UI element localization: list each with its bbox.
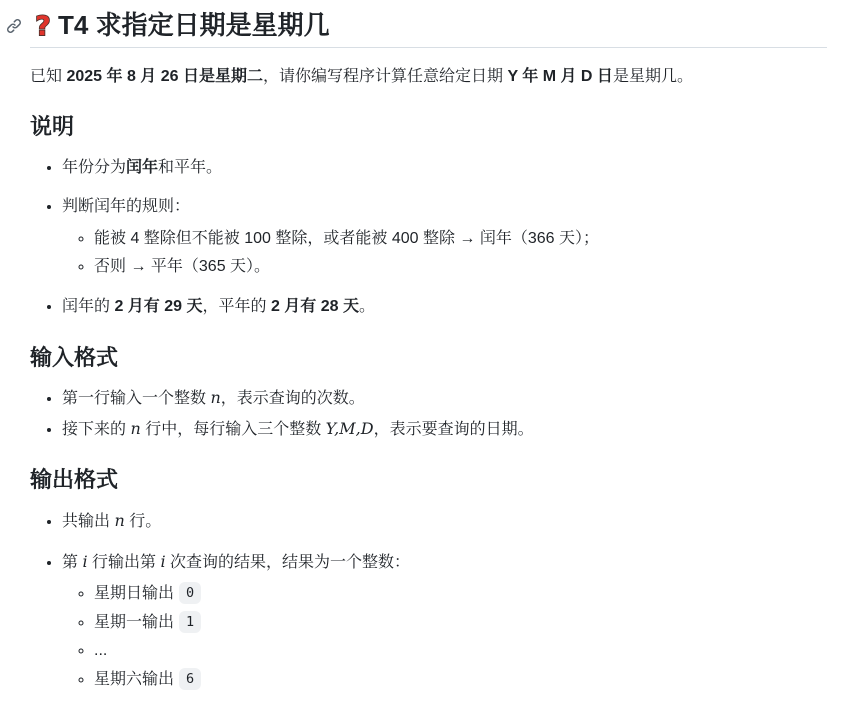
intro-run: 是星期几。 — [613, 68, 693, 85]
math-var-ymd: Y,M,D — [326, 419, 374, 438]
section-heading-input-format: 输入格式 — [30, 344, 827, 373]
intro-run: ，请你编写程序计算任意给定日期 — [263, 68, 507, 85]
question-mark-glyph: ? — [35, 11, 51, 41]
list-item: 否则 → 平年（365 天）。 — [94, 254, 827, 280]
leap-year-bold: 闰年 — [126, 159, 158, 176]
code-value-0: 0 — [179, 582, 201, 604]
code-value-6: 6 — [179, 668, 201, 690]
intro-date-bold: 2025 年 8 月 26 日是星期二 — [66, 68, 263, 85]
list-item: 判断闰年的规则： 能被 4 整除但不能被 100 整除，或者能被 400 整除 … — [62, 194, 827, 280]
list-item: 共输出 n 行。 — [62, 508, 827, 535]
list-item: 星期日输出0 — [94, 581, 827, 607]
text-run: 第一行输入一个整数 — [62, 390, 210, 407]
weekday-output-sublist: 星期日输出0 星期一输出1 ... 星期六输出6 — [62, 581, 827, 692]
feb-28-bold: 2 月有 28 天 — [271, 298, 359, 315]
text-run: ，平年的 — [203, 298, 271, 315]
leap-rules-sublist: 能被 4 整除但不能被 100 整除，或者能被 400 整除 → 闰年（366 … — [62, 226, 827, 280]
list-item: ... — [94, 638, 827, 664]
text-run: 星期六输出 — [94, 671, 174, 688]
list-item: 星期一输出1 — [94, 610, 827, 636]
output-format-list: 共输出 n 行。 第 i 行输出第 i 次查询的结果，结果为一个整数： 星期日输… — [30, 508, 827, 693]
list-item: 第 i 行输出第 i 次查询的结果，结果为一个整数： 星期日输出0 星期一输出1… — [62, 549, 827, 693]
notes-list: 年份分为闰年和平年。 判断闰年的规则： 能被 4 整除但不能被 100 整除，或… — [30, 155, 827, 320]
text-run: 年份分为 — [62, 159, 126, 176]
intro-ymd-bold: Y 年 M 月 D 日 — [507, 68, 613, 85]
section-heading-notes: 说明 — [30, 113, 827, 142]
text-run: 和平年。 — [158, 159, 222, 176]
text-run: 共输出 — [62, 513, 114, 530]
text-run: 星期日输出 — [94, 585, 174, 602]
feb-29-bold: 2 月有 29 天 — [114, 298, 202, 315]
page-title-text: T4 求指定日期是星期几 — [58, 9, 330, 42]
link-icon[interactable] — [6, 17, 22, 33]
page-title: ? T4 求指定日期是星期几 — [30, 9, 827, 48]
input-format-list: 第一行输入一个整数 n，表示查询的次数。 接下来的 n 行中，每行输入三个整数 … — [30, 385, 827, 442]
math-var-n: n — [114, 511, 124, 530]
text-run: 行中，每行输入三个整数 — [141, 421, 326, 438]
section-heading-output-format: 输出格式 — [30, 466, 827, 495]
question-mark-emoji: ? — [30, 11, 56, 41]
math-var-n: n — [130, 419, 140, 438]
text-run: 行输出第 — [88, 554, 161, 571]
text-run: ，表示查询的次数。 — [221, 390, 365, 407]
text-run: 次查询的结果，结果为一个整数： — [166, 554, 410, 571]
list-item: 星期六输出6 — [94, 667, 827, 693]
text-run: ，表示要查询的日期。 — [374, 421, 534, 438]
code-value-1: 1 — [179, 611, 201, 633]
math-var-n: n — [210, 388, 220, 407]
text-run: 第 — [62, 554, 82, 571]
text-run: ... — [94, 642, 107, 659]
list-item: 第一行输入一个整数 n，表示查询的次数。 — [62, 385, 827, 412]
list-item: 年份分为闰年和平年。 — [62, 155, 827, 181]
text-run: 判断闰年的规则： — [62, 194, 827, 220]
intro-paragraph: 已知 2025 年 8 月 26 日是星期二，请你编写程序计算任意给定日期 Y … — [30, 64, 827, 90]
list-item: 闰年的 2 月有 29 天，平年的 2 月有 28 天。 — [62, 294, 827, 320]
text-run: 接下来的 — [62, 421, 130, 438]
list-item: 接下来的 n 行中，每行输入三个整数 Y,M,D，表示要查询的日期。 — [62, 416, 827, 443]
intro-run: 已知 — [30, 68, 66, 85]
text-run: 星期一输出 — [94, 614, 174, 631]
problem-document: ? T4 求指定日期是星期几 已知 2025 年 8 月 26 日是星期二，请你… — [0, 0, 857, 693]
text-run: 。 — [359, 298, 375, 315]
list-item: 能被 4 整除但不能被 100 整除，或者能被 400 整除 → 闰年（366 … — [94, 226, 827, 252]
text-run: 闰年的 — [62, 298, 114, 315]
text-run: 行。 — [125, 513, 161, 530]
